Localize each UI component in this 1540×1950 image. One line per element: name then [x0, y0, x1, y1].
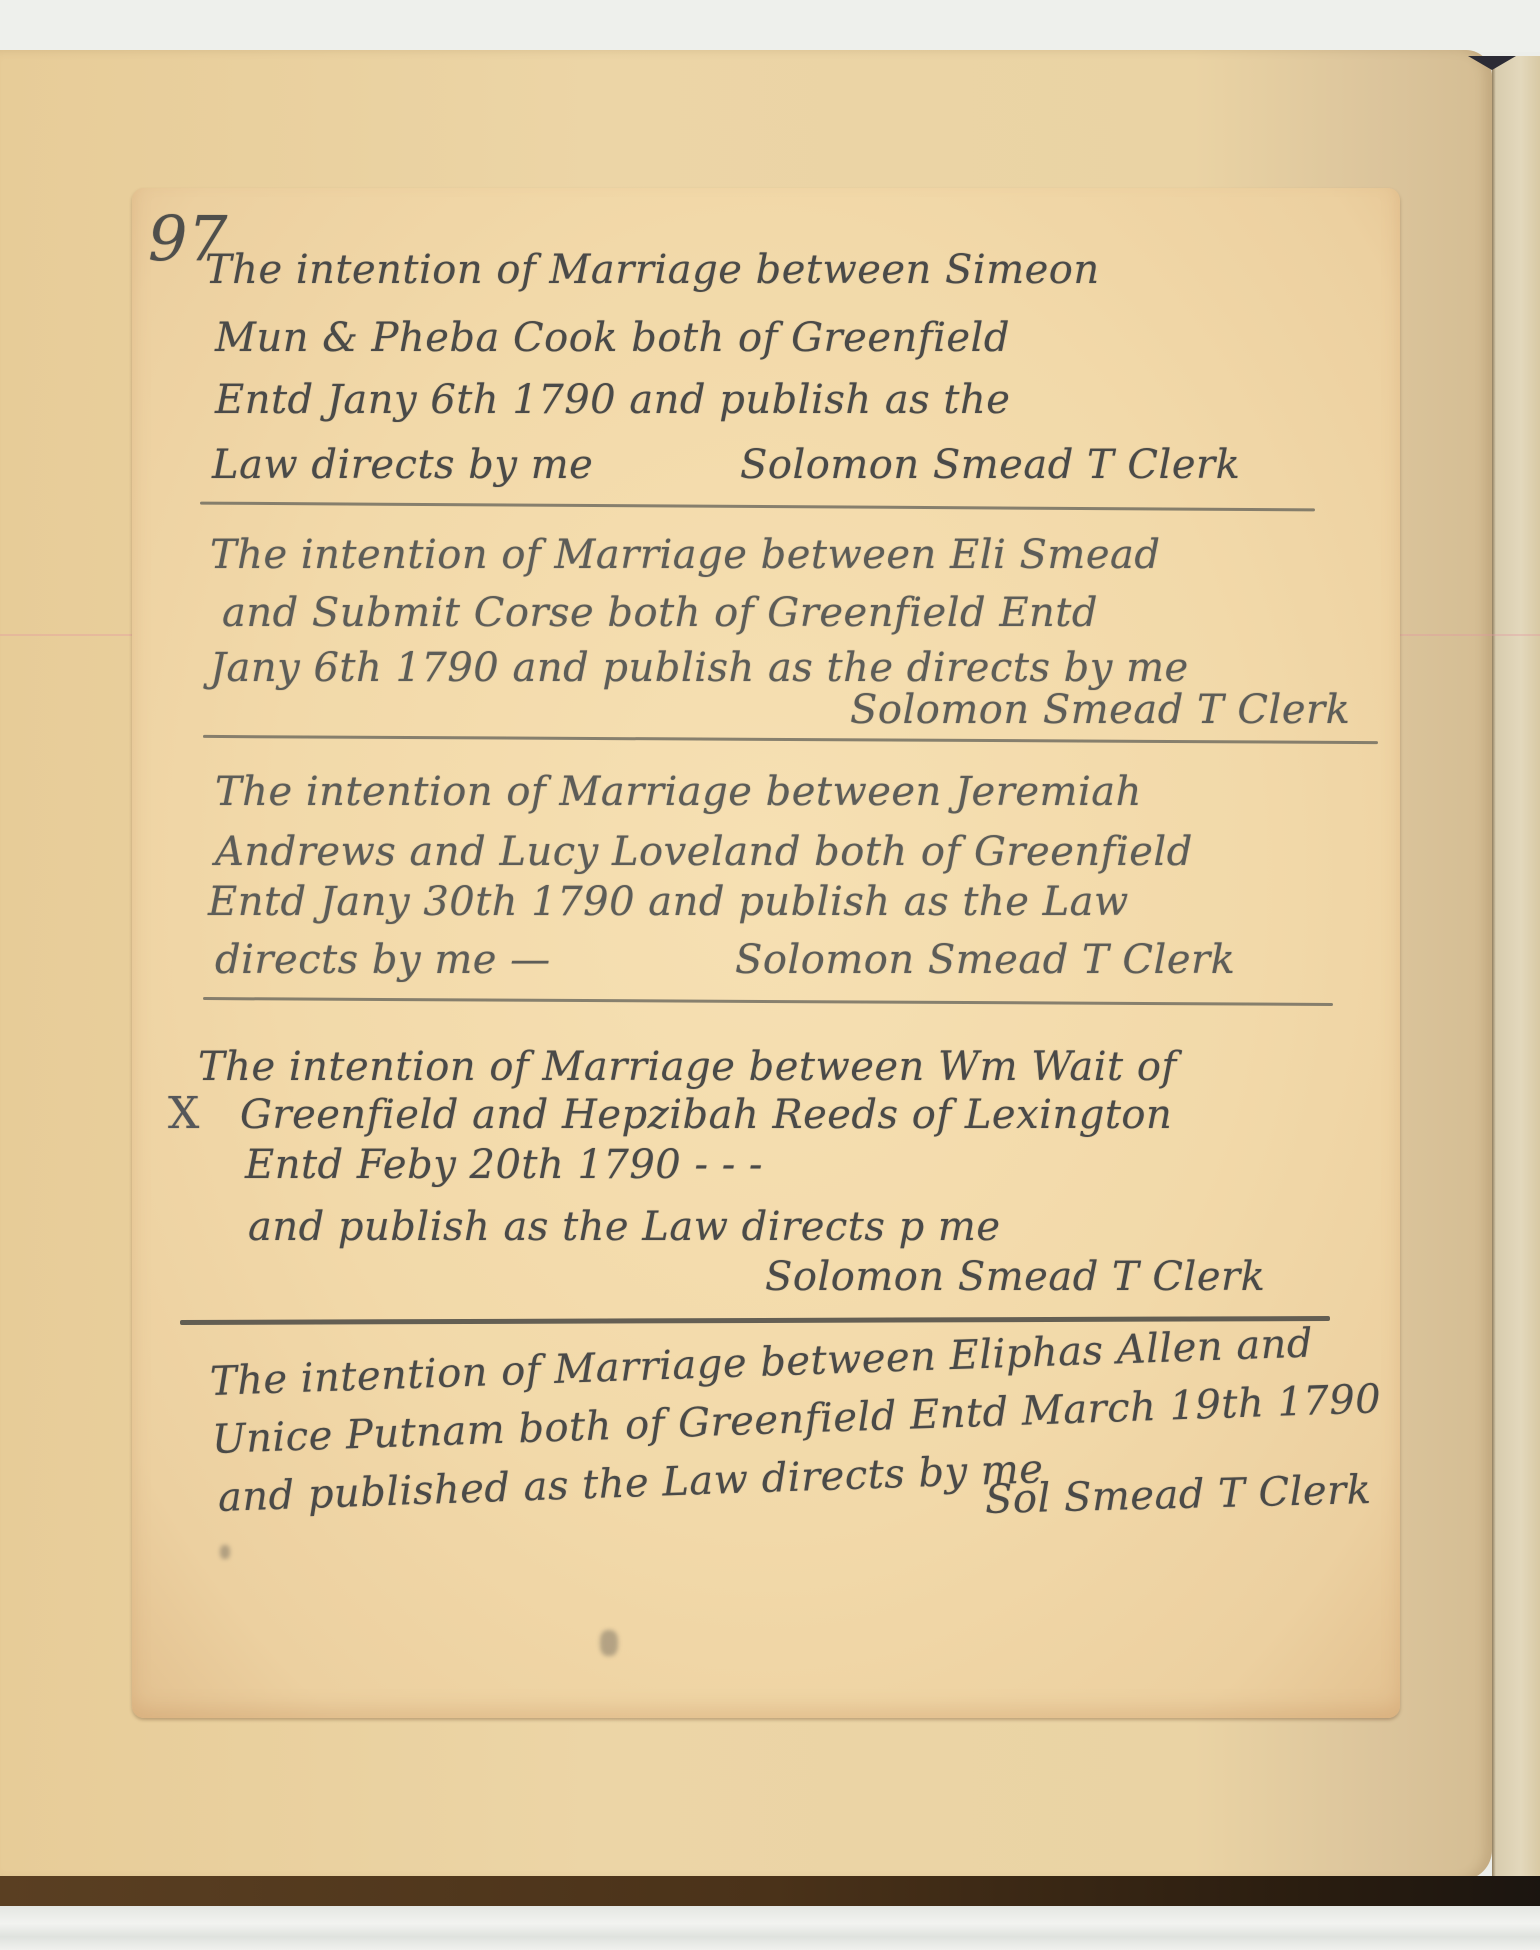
entry-line: The intention of Marriage between Jeremi…	[215, 772, 1142, 812]
clerk-signature: Solomon Smead T Clerk	[850, 690, 1350, 730]
entry-line: Andrews and Lucy Loveland both of Greenf…	[215, 832, 1193, 872]
scan-background-top	[0, 0, 1540, 52]
entry-line: The intention of Marriage between Wm Wai…	[198, 1047, 1177, 1087]
scan-background-bottom	[0, 1906, 1540, 1950]
clerk-signature: Solomon Smead T Clerk	[735, 940, 1235, 980]
ink-smudge	[220, 1545, 230, 1559]
entry-line: Entd Feby 20th 1790 - - -	[245, 1145, 763, 1185]
clerk-signature: Solomon Smead T Clerk	[740, 445, 1240, 485]
book-cover-edge	[0, 1876, 1540, 1908]
entry-line: The intention of Marriage between Simeon	[205, 250, 1100, 290]
ink-smudge	[600, 1630, 618, 1656]
entry-line: The intention of Marriage between Eli Sm…	[210, 535, 1160, 575]
entry-line: Mun & Pheba Cook both of Greenfield	[215, 318, 1010, 358]
entry-line: and Submit Corse both of Greenfield Entd	[222, 593, 1098, 633]
entry-line: Entd Jany 6th 1790 and publish as the	[215, 380, 1010, 420]
clerk-signature: Solomon Smead T Clerk	[765, 1257, 1265, 1297]
entry-line: Law directs by me	[212, 445, 593, 485]
entry-line: and publish as the Law directs p me	[248, 1207, 1001, 1247]
gutter-shadow	[1468, 56, 1516, 70]
page-gutter	[1492, 56, 1540, 1876]
entry-line: Jany 6th 1790 and publish as the directs…	[210, 648, 1189, 688]
margin-mark: X	[168, 1092, 200, 1136]
entry-line: Greenfield and Hepzibah Reeds of Lexingt…	[240, 1095, 1172, 1135]
entry-line: Entd Jany 30th 1790 and publish as the L…	[208, 882, 1129, 922]
entry-line: directs by me —	[215, 940, 551, 980]
clerk-signature: Sol Smead T Clerk	[985, 1470, 1372, 1520]
